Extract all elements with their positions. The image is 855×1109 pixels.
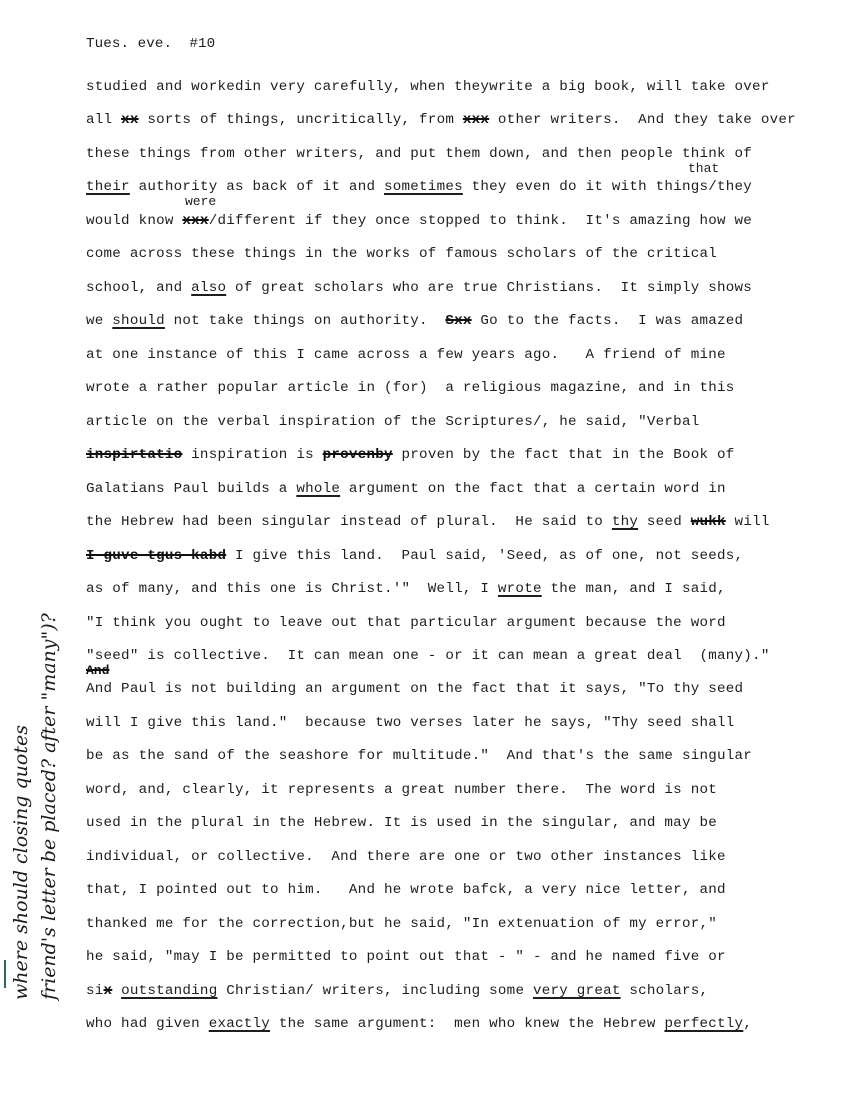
text-segment: "seed" is collective. It can mean one - … <box>86 648 770 664</box>
text-segment: he said, "may I be permitted to point ou… <box>86 949 726 965</box>
text-line: he said, "may I be permitted to point ou… <box>86 948 726 966</box>
text-segment: we <box>86 313 112 329</box>
margin-bracket <box>4 960 6 988</box>
text-line: "seed" is collective. It can mean one - … <box>86 647 770 665</box>
text-line: thanked me for the correction,but he sai… <box>86 915 717 933</box>
underlined-text: perfectly <box>664 1016 743 1032</box>
struck-text: wukk <box>691 514 726 530</box>
handwritten-note-line-2: friend's letter be placed? after "many")… <box>38 613 60 1000</box>
struck-text: x <box>104 983 113 999</box>
text-segment: these things from other writers, and put… <box>86 146 752 162</box>
text-line: school, and also of great scholars who a… <box>86 279 752 297</box>
page-header: Tues. eve. #10 <box>86 36 215 52</box>
text-segment: be as the sand of the seashore for multi… <box>86 748 752 764</box>
text-segment: word, and, clearly, it represents a grea… <box>86 782 717 798</box>
text-segment: si <box>86 983 104 999</box>
text-line: as of many, and this one is Christ.'" We… <box>86 580 726 598</box>
underlined-text: also <box>191 280 226 296</box>
text-segment: will <box>726 514 770 530</box>
text-line: these things from other writers, and put… <box>86 145 752 163</box>
text-line: individual, or collective. And there are… <box>86 848 726 866</box>
text-segment: all <box>86 112 121 128</box>
text-line: "I think you ought to leave out that par… <box>86 614 726 632</box>
text-segment: would know <box>86 213 182 229</box>
text-segment: wrote a rather popular article in (for) … <box>86 380 735 396</box>
text-segment: authority as back of it and <box>130 179 384 195</box>
text-line: be as the sand of the seashore for multi… <box>86 747 752 765</box>
text-segment: the same argument: men who knew the Hebr… <box>270 1016 664 1032</box>
struck-text: I-guve-tgus-kabd <box>86 548 226 564</box>
text-segment: Go to the facts. I was amazed <box>472 313 744 329</box>
text-line: who had given exactly the same argument:… <box>86 1015 752 1033</box>
typewritten-page: Tues. eve. #10 that were And studied and… <box>0 0 855 1109</box>
insertion-that: that <box>688 162 719 176</box>
underlined-text: exactly <box>209 1016 270 1032</box>
text-segment: at one instance of this I came across a … <box>86 347 726 363</box>
text-line: their authority as back of it and someti… <box>86 178 752 196</box>
text-segment: that, I pointed out to him. And he wrote… <box>86 882 726 898</box>
text-line: will I give this land." because two vers… <box>86 714 735 732</box>
text-segment <box>112 983 121 999</box>
text-segment: I give this land. Paul said, 'Seed, as o… <box>226 548 743 564</box>
text-segment: used in the plural in the Hebrew. It is … <box>86 815 717 831</box>
text-segment: article on the verbal inspiration of the… <box>86 414 699 430</box>
struck-insertion-and: And <box>86 664 109 678</box>
struck-text: Sxx <box>445 313 471 329</box>
text-line: I-guve-tgus-kabd I give this land. Paul … <box>86 547 743 565</box>
text-segment: individual, or collective. And there are… <box>86 849 726 865</box>
text-line: at one instance of this I came across a … <box>86 346 726 364</box>
struck-text: xxx <box>463 112 489 128</box>
text-line: wrote a rather popular article in (for) … <box>86 379 735 397</box>
underlined-text: whole <box>296 481 340 497</box>
text-line: And Paul is not building an argument on … <box>86 680 743 698</box>
text-segment: school, and <box>86 280 191 296</box>
underlined-text: outstanding <box>121 983 217 999</box>
text-line: article on the verbal inspiration of the… <box>86 413 699 431</box>
underlined-text: their <box>86 179 130 195</box>
text-segment: /different if they once stopped to think… <box>209 213 752 229</box>
text-segment: scholars, <box>621 983 709 999</box>
text-segment: of great scholars who are true Christian… <box>226 280 752 296</box>
text-line: that, I pointed out to him. And he wrote… <box>86 881 726 899</box>
text-line: used in the plural in the Hebrew. It is … <box>86 814 717 832</box>
text-line: inspirtatio inspiration is provenby prov… <box>86 446 735 464</box>
struck-text: provenby <box>323 447 393 463</box>
text-segment: the man, and I said, <box>542 581 726 597</box>
text-segment: argument on the fact that a certain word… <box>340 481 726 497</box>
text-segment: thanked me for the correction,but he sai… <box>86 916 717 932</box>
text-line: studied and workedin very carefully, whe… <box>86 78 770 96</box>
text-segment: come across these things in the works of… <box>86 246 717 262</box>
text-segment: proven by the fact that in the Book of <box>393 447 735 463</box>
text-segment: And Paul is not building an argument on … <box>86 681 743 697</box>
text-segment: Christian/ writers, including some <box>217 983 533 999</box>
text-segment: other writers. And they take over <box>489 112 796 128</box>
text-line: word, and, clearly, it represents a grea… <box>86 781 717 799</box>
text-segment: who had given <box>86 1016 209 1032</box>
text-segment: seed <box>638 514 691 530</box>
text-segment: Galatians Paul builds a <box>86 481 296 497</box>
text-segment: "I think you ought to leave out that par… <box>86 615 726 631</box>
text-line: we should not take things on authority. … <box>86 312 743 330</box>
handwritten-note-line-1: where should closing quotes <box>10 725 32 1000</box>
underlined-text: very great <box>533 983 621 999</box>
struck-text: xxx <box>182 213 208 229</box>
text-line: all xx sorts of things, uncritically, fr… <box>86 111 796 129</box>
insertion-were: were <box>185 195 216 209</box>
text-segment: as of many, and this one is Christ.'" We… <box>86 581 498 597</box>
text-segment: , <box>743 1016 752 1032</box>
text-line: Galatians Paul builds a whole argument o… <box>86 480 726 498</box>
text-line: six outstanding Christian/ writers, incl… <box>86 982 708 1000</box>
underlined-text: thy <box>612 514 638 530</box>
underlined-text: wrote <box>498 581 542 597</box>
text-segment: sorts of things, uncritically, from <box>139 112 463 128</box>
text-line: come across these things in the works of… <box>86 245 717 263</box>
underlined-text: should <box>112 313 165 329</box>
underlined-text: sometimes <box>384 179 463 195</box>
struck-text: xx <box>121 112 139 128</box>
text-line: the Hebrew had been singular instead of … <box>86 513 770 531</box>
text-segment: not take things on authority. <box>165 313 445 329</box>
text-line: would know xxx/different if they once st… <box>86 212 752 230</box>
text-segment: studied and workedin very carefully, whe… <box>86 79 770 95</box>
text-segment: the Hebrew had been singular instead of … <box>86 514 612 530</box>
text-segment: inspiration is <box>182 447 322 463</box>
struck-text: inspirtatio <box>86 447 182 463</box>
text-segment: they even do it with things/they <box>463 179 752 195</box>
text-segment: will I give this land." because two vers… <box>86 715 735 731</box>
